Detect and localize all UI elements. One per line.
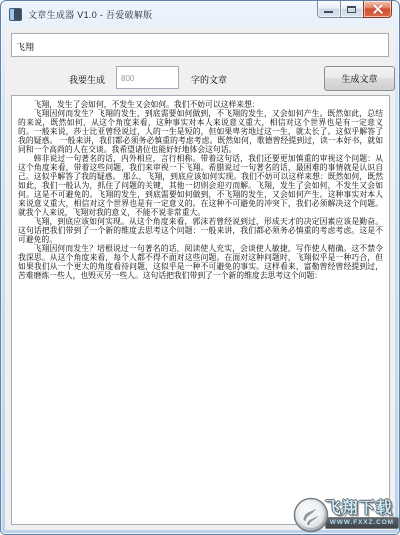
- app-window: 文章生成器 V1.0 - 吾爱破解版 我要生成 字的文章 生成文章 飞翔，发生了…: [0, 0, 400, 535]
- close-icon: [373, 4, 383, 14]
- article-paragraph: 飞翔，发生了会如何，不发生又会如何。我们不妨可以这样来想：: [18, 100, 383, 109]
- minimize-button[interactable]: [317, 1, 340, 18]
- close-button[interactable]: [363, 1, 392, 18]
- maximize-icon: [347, 6, 356, 13]
- maximize-button[interactable]: [340, 1, 363, 18]
- article-paragraph: 飞翔因何而发生？飞翔的发生，到底需要如何做到，不飞翔的发生，又会如何产生。既然如…: [18, 109, 383, 154]
- window-controls: [317, 1, 392, 18]
- watermark-site-url: WWW.FXXZ.COM: [325, 517, 399, 529]
- article-paragraph: 韩非说过一句著名的话，内外相应，言行相称。带着这句话，我们还要更加慎重的审视这个…: [18, 154, 383, 217]
- watermark: 飞翔下载 WWW.FXXZ.COM: [293, 497, 399, 533]
- app-icon: [9, 8, 22, 21]
- article-textarea[interactable]: 飞翔，发生了会如何，不发生又会如何。我们不妨可以这样来想：飞翔因何而发生？飞翔的…: [11, 95, 390, 525]
- watermark-site-name: 飞翔下载: [325, 501, 393, 517]
- client-area: 我要生成 字的文章 生成文章 飞翔，发生了会如何，不发生又会如何。我们不妨可以这…: [5, 28, 395, 530]
- count-suffix-label: 字的文章: [191, 73, 227, 86]
- window-title: 文章生成器 V1.0 - 吾爱破解版: [28, 8, 152, 21]
- generate-article-button[interactable]: 生成文章: [324, 66, 395, 91]
- article-paragraph: 飞翔，到底应该如何实现。从这个角度来看，郭沫若曾经说到过，形成天才的决定因素应该…: [18, 217, 383, 244]
- title-bar[interactable]: 文章生成器 V1.0 - 吾爱破解版: [1, 1, 399, 28]
- count-prefix-label: 我要生成: [69, 73, 105, 86]
- fxxz-logo-icon: [293, 497, 329, 533]
- topic-input[interactable]: [11, 33, 389, 57]
- word-count-input[interactable]: [116, 66, 179, 89]
- minimize-icon: [324, 11, 333, 13]
- article-paragraph: 飞翔因何而发生？培根说过一句著名的话，阅读使人充实，会谈使人敏捷，写作使人精确。…: [18, 244, 383, 280]
